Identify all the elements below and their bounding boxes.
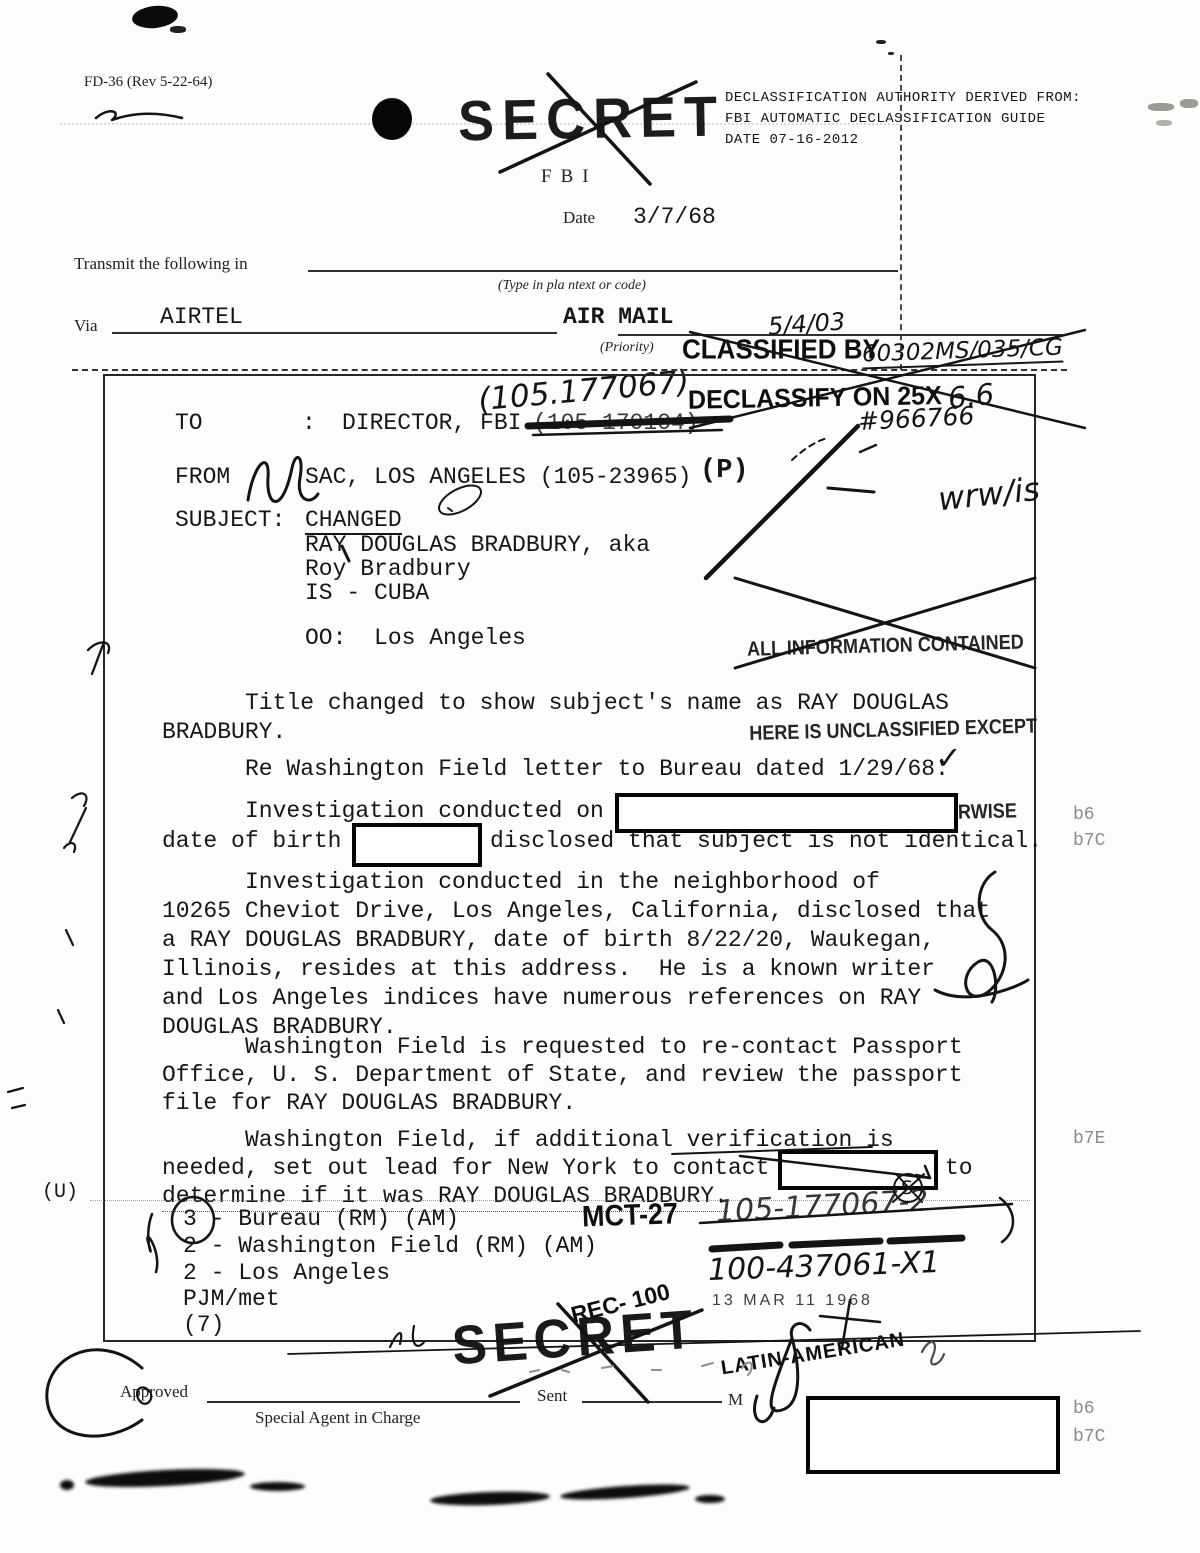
para6-line2-to: to <box>945 1157 973 1180</box>
subject-name: RAY DOUGLAS BRADBURY, aka <box>305 534 650 557</box>
cc-line-washington-field: 2 - Washington Field (RM) (AM) <box>183 1235 597 1258</box>
typist-initials: PJM/met <box>183 1288 280 1311</box>
approved-rule <box>207 1401 520 1403</box>
para1-line2: BRADBURY. <box>162 721 286 744</box>
para3-line1: Investigation conducted on <box>245 800 604 823</box>
ink-blob-small <box>170 26 186 33</box>
edge-mark-3 <box>1156 120 1172 126</box>
exemption-code-b7c-bottom: b7C <box>1073 1428 1105 1446</box>
copy-count: (7) <box>183 1314 224 1337</box>
sent-rule <box>582 1401 722 1403</box>
speck-2 <box>888 52 894 55</box>
black-dot <box>372 98 412 140</box>
horizontal-dashed-rule <box>72 369 1067 371</box>
smudge-4 <box>430 1490 550 1507</box>
declass-header-line1: DECLASSIFICATION AUTHORITY DERIVED FROM: <box>725 88 1081 109</box>
exemption-code-b7e: b7E <box>1073 1130 1105 1148</box>
exemption-code-b6: b6 <box>1073 806 1095 824</box>
via-label: Via <box>74 316 98 336</box>
from-value: SAC, LOS ANGELES (105-23965) <box>305 466 691 489</box>
classified-by-value-handwritten: 60302MS/035/CG <box>862 337 1064 370</box>
special-agent-label: Special Agent in Charge <box>255 1408 420 1428</box>
smudge-5 <box>560 1481 691 1502</box>
redaction-box-1 <box>615 793 958 833</box>
via-value: AIRTEL <box>160 306 243 329</box>
left-margin-marks <box>8 642 109 1108</box>
para5-line3: file for RAY DOUGLAS BRADBURY. <box>162 1092 576 1115</box>
received-date-stamp: 13 MAR 11 1968 <box>712 1293 873 1309</box>
declass-header-line2: FBI AUTOMATIC DECLASSIFICATION GUIDE <box>725 109 1045 130</box>
edge-mark-1 <box>1148 103 1174 111</box>
declass-header-line3: DATE 07-16-2012 <box>725 130 859 151</box>
date-label: Date <box>563 208 595 228</box>
cc-line-bureau: 3 - Bureau (RM) (AM) <box>183 1208 459 1231</box>
form-number: FD-36 (Rev 5-22-64) <box>84 74 212 91</box>
subject-label: SUBJECT: <box>175 509 285 532</box>
from-priority: (P) <box>700 458 749 485</box>
date-value: 3/7/68 <box>633 206 716 229</box>
transmit-rule <box>308 270 898 272</box>
sent-label: Sent <box>537 1386 567 1406</box>
para1-line1: Title changed to show subject's name as … <box>245 692 949 715</box>
para3-line2b: disclosed that subject is not identical. <box>490 830 1042 853</box>
to-label: TO <box>175 412 203 435</box>
info-stamp-line2: HERE IS UNCLASSIFIED EXCEPT <box>749 713 1025 748</box>
approved-label: Approved <box>120 1382 188 1402</box>
fbi-label: FBI <box>541 166 598 188</box>
checkmark-annotation: ✓ <box>935 742 962 774</box>
info-stamp-line1: ALL INFORMATION CONTAINED <box>747 629 1023 664</box>
file-number-handwritten-2: 100-437061-X1 <box>708 1248 941 1286</box>
smudge-6 <box>695 1495 725 1503</box>
redaction-box-4 <box>806 1396 1060 1474</box>
wrw-handwritten-note: wrw/is <box>937 473 1042 515</box>
fd36-airtel-document: FD-36 (Rev 5-22-64) SECRET FBI Date 3/7/… <box>0 0 1200 1553</box>
mct-27-stamp: MCT-27 <box>582 1199 679 1232</box>
m-label: M <box>728 1390 743 1410</box>
para4-line3: a RAY DOUGLAS BRADBURY, date of birth 8/… <box>162 929 935 952</box>
secret-stamp-bottom: SECRET <box>450 1302 700 1374</box>
u-classification-marker: (U) <box>42 1183 78 1203</box>
para4-line2: 10265 Cheviot Drive, Los Angeles, Califo… <box>162 900 990 923</box>
vertical-dashed-rule <box>900 55 902 370</box>
para4-line4: Illinois, resides at this address. He is… <box>162 958 935 981</box>
transmit-label: Transmit the following in <box>74 254 248 274</box>
smudge-2 <box>250 1482 305 1491</box>
from-label: FROM <box>175 466 230 489</box>
exemption-code-b6-bottom: b6 <box>1073 1400 1095 1418</box>
para2: Re Washington Field letter to Bureau dat… <box>245 758 949 781</box>
smudge-3 <box>60 1480 74 1490</box>
fd36-squiggle <box>96 111 182 120</box>
to-colon: : <box>302 412 316 435</box>
para6-line1: Washington Field, if additional verifica… <box>245 1129 894 1152</box>
para6-line2: needed, set out lead for New York to con… <box>162 1157 769 1180</box>
smudge-1 <box>85 1466 246 1490</box>
via-rule-1 <box>112 332 557 334</box>
para4-line5: and Los Angeles indices have numerous re… <box>162 987 921 1010</box>
subject-character: IS - CUBA <box>305 582 429 605</box>
subject-alias: Roy Bradbury <box>305 558 471 581</box>
para3-line2a: date of birth <box>162 830 341 853</box>
exemption-code-b7c: b7C <box>1073 832 1105 850</box>
to-value: DIRECTOR, FBI <box>342 412 521 435</box>
office-of-origin: OO: Los Angeles <box>305 627 526 650</box>
cc-line-los-angeles: 2 - Los Angeles <box>183 1262 390 1285</box>
para5-line2: Office, U. S. Department of State, and r… <box>162 1064 963 1087</box>
edge-mark-2 <box>1180 99 1198 108</box>
priority-hint: (Priority) <box>600 340 654 356</box>
speck-1 <box>876 40 886 44</box>
to-file-struck: (105-170104) <box>533 412 699 435</box>
classified-by-stamp: CLASSIFIED BY <box>682 335 880 362</box>
para4-line1: Investigation conducted in the neighborh… <box>245 871 880 894</box>
secret-stamp-top: SECRET <box>458 88 726 150</box>
redaction-box-2 <box>352 823 482 867</box>
para5-line1: Washington Field is requested to re-cont… <box>245 1036 963 1059</box>
airmail-value: AIR MAIL <box>563 306 673 329</box>
transmit-hint: (Type in pla ntext or code) <box>498 278 646 294</box>
